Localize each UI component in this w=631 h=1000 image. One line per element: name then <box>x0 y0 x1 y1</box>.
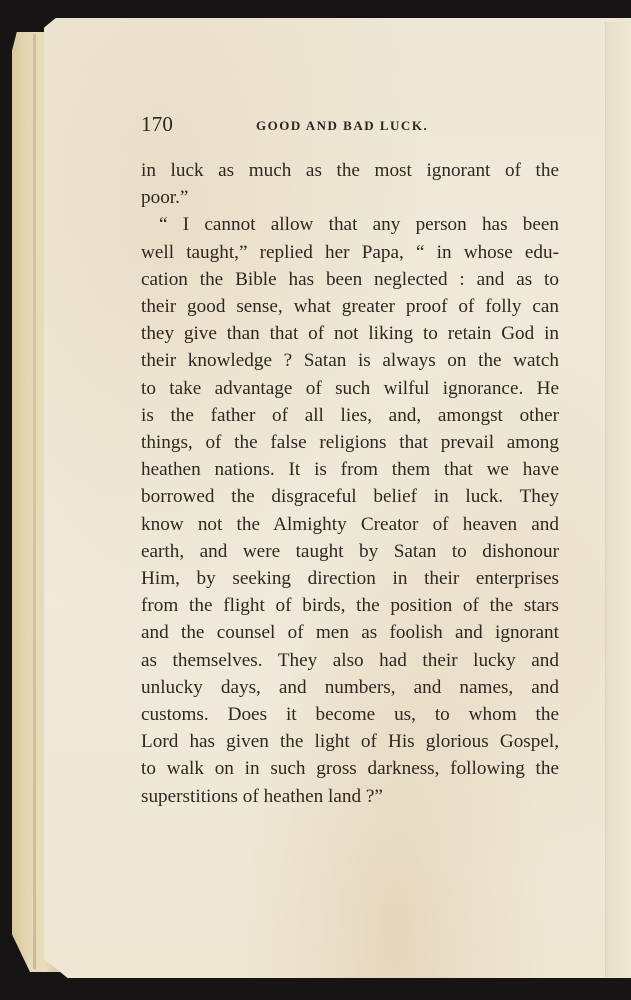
text-line: “ I cannot allow that any person has bee… <box>141 211 559 238</box>
text-line: earth, and were taught by Satan to disho… <box>141 538 559 565</box>
facing-page-edge <box>607 22 631 977</box>
text-line: their good sense, what greater proof of … <box>141 293 559 320</box>
text-line: is the father of all lies, and, amongst … <box>141 402 559 429</box>
text-line: to take advantage of such wilful ignoran… <box>141 375 559 402</box>
text-line: to walk on in such gross darkness, follo… <box>141 755 559 782</box>
running-head: GOOD AND BAD LUCK. <box>256 118 428 134</box>
text-line: from the flight of birds, the position o… <box>141 592 559 619</box>
text-line: heathen nations. It is from them that we… <box>141 456 559 483</box>
text-line: things, of the false religions that prev… <box>141 429 559 456</box>
text-line: borrowed the disgraceful belief in luck.… <box>141 483 559 510</box>
gutter-seam <box>605 22 607 977</box>
text-line: as themselves. They also had their lucky… <box>141 647 559 674</box>
text-line: and the counsel of men as foolish and ig… <box>141 619 559 646</box>
text-line: customs. Does it become us, to whom the <box>141 701 559 728</box>
text-line: their knowledge ? Satan is always on the… <box>141 347 559 374</box>
page-stack-line <box>33 34 36 969</box>
body-text: in luck as much as the most ignorant of … <box>141 157 559 810</box>
text-line: know not the Almighty Creator of heaven … <box>141 511 559 538</box>
text-line: Him, by seeking direction in their enter… <box>141 565 559 592</box>
text-line: unlucky days, and numbers, and names, an… <box>141 674 559 701</box>
text-line: poor.” <box>141 184 559 211</box>
text-line: superstitions of heathen land ?” <box>141 783 559 810</box>
text-line: they give than that of not liking to ret… <box>141 320 559 347</box>
text-line: Lord has given the light of His glorious… <box>141 728 559 755</box>
page-number: 170 <box>141 112 173 137</box>
page-header: 170 GOOD AND BAD LUCK. <box>141 112 559 138</box>
text-line: in luck as much as the most ignorant of … <box>141 157 559 184</box>
text-line: well taught,” replied her Papa, “ in who… <box>141 239 559 266</box>
text-line: cation the Bible has been neglected : an… <box>141 266 559 293</box>
